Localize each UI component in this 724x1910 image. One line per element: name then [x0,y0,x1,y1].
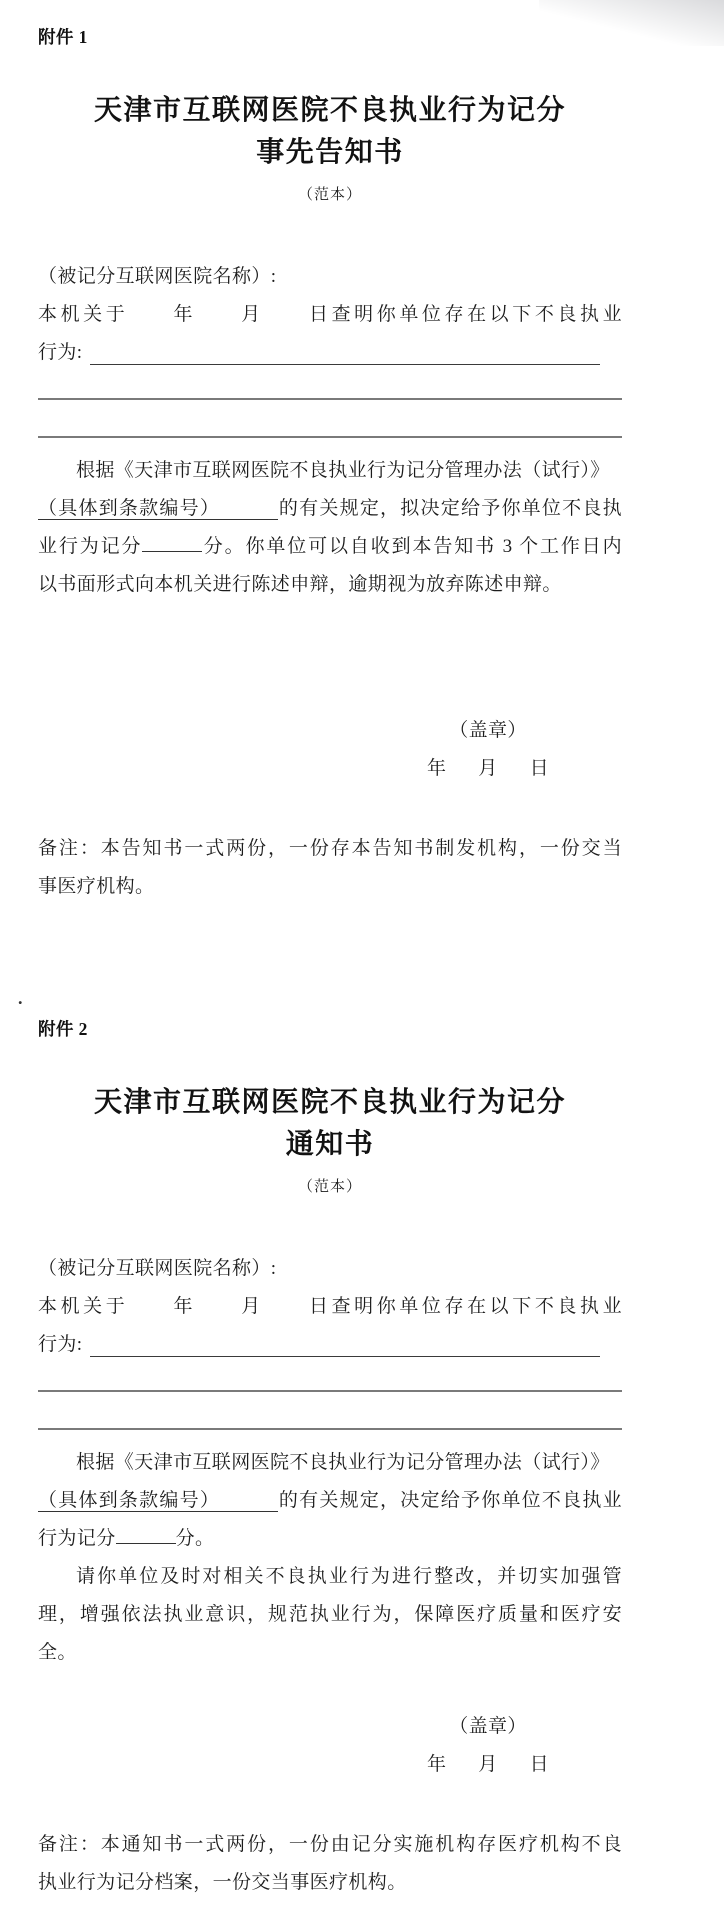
score-blank-field [116,1525,176,1544]
stray-dot-mark: . [18,988,23,1009]
clause-label: （具体到条款编号） [38,1490,220,1511]
date-year-label: 年 [427,1746,446,1784]
rectify-line-1: 请你单位及时对相关不良执业行为进行整改，并切实加强管 [38,1558,622,1596]
legal-paragraph: 根据《天津市互联网医院不良执业行为记分管理办法（试行）》 （具体到条款编号）的有… [38,452,622,604]
score-line: 业行为记分分。你单位可以自收到本告知书 3 个工作日内 [38,528,622,566]
clause-line: （具体到条款编号）的有关规定，决定给予你单位不良执业 [38,1482,622,1520]
attachment-1-title: 天津市互联网医院不良执业行为记分 事先告知书 [38,90,622,174]
title-line-2: 通知书 [38,1124,622,1166]
document-page: 附件 1 天津市互联网医院不良执业行为记分 事先告知书 （范本） （被记分互联网… [38,0,622,1902]
date-day-label: 日 [530,750,549,788]
stamp-block: （盖章） 年 月 日 [427,1708,549,1784]
clause-number-field: （具体到条款编号） [38,498,278,520]
behavior-label: 行为: [38,1326,90,1364]
date-year-label: 年 [427,750,446,788]
title-line-1: 天津市互联网医院不良执业行为记分 [38,1082,622,1124]
score-prefix: 行为记分 [38,1528,116,1549]
legal-paragraph: 根据《天津市互联网医院不良执业行为记分管理办法（试行）》 （具体到条款编号）的有… [38,1444,622,1672]
score-suffix: 分。 [176,1528,215,1549]
rectify-line-2: 理，增强依法执业意识，规范执业行为，保障医疗质量和医疗安 [38,1596,622,1634]
attachment-2-title: 天津市互联网医院不良执业行为记分 通知书 [38,1082,622,1166]
blank-write-line-1 [38,372,622,400]
date-month-label: 月 [478,750,497,788]
remark-line-1: 备注：本告知书一式两份，一份存本告知书制发机构，一份交当 [38,830,622,868]
date-month-label: 月 [478,1746,497,1784]
score-line: 行为记分分。 [38,1520,622,1558]
clause-label: （具体到条款编号） [38,498,220,519]
intro-date-line: 本机关于 年 月 日查明你单位存在以下不良执业 [38,1288,622,1326]
blank-write-line-1 [38,1364,622,1392]
behavior-blank-field [90,364,600,365]
date-line: 年 月 日 [427,1746,549,1784]
behavior-label: 行为: [38,334,90,372]
clause-number-field: （具体到条款编号） [38,1490,278,1512]
remark-line-1: 备注：本通知书一式两份，一份由记分实施机构存医疗机构不良 [38,1826,622,1864]
score-suffix: 分。你单位可以自收到本告知书 3 个工作日内 [202,536,622,557]
behavior-line: 行为: [38,1326,622,1364]
appeal-line: 以书面形式向本机关进行陈述申辩，逾期视为放弃陈述申辩。 [38,566,622,604]
legal-basis-line: 根据《天津市互联网医院不良执业行为记分管理办法（试行）》 [38,1444,622,1482]
stamp-seal-label: （盖章） [427,712,549,750]
date-day-label: 日 [530,1746,549,1784]
clause-line-rest: 的有关规定，决定给予你单位不良执业 [278,1490,622,1511]
recipient-name-line: （被记分互联网医院名称）: [38,258,622,296]
date-line: 年 月 日 [427,750,549,788]
blank-write-line-2 [38,400,622,438]
remark-line-2: 执业行为记分档案，一份交当事医疗机构。 [38,1864,622,1902]
stamp-block: （盖章） 年 月 日 [427,712,549,788]
stamp-seal-label: （盖章） [427,1708,549,1746]
remark-note: 备注：本通知书一式两份，一份由记分实施机构存医疗机构不良 执业行为记分档案，一份… [38,1826,622,1902]
intro-date-line: 本机关于 年 月 日查明你单位存在以下不良执业 [38,296,622,334]
behavior-blank-field [90,1356,600,1357]
clause-blank [220,513,278,514]
clause-line-rest: 的有关规定，拟决定给予你单位不良执 [278,498,622,519]
blank-write-line-2 [38,1392,622,1430]
remark-line-2: 事医疗机构。 [38,868,622,906]
attachment-1-label: 附件 1 [38,24,622,50]
attachment-2-label: 附件 2 [38,1016,622,1042]
clause-line: （具体到条款编号）的有关规定，拟决定给予你单位不良执 [38,490,622,528]
score-prefix: 业行为记分 [38,536,142,557]
template-marker: （范本） [38,184,622,206]
title-line-1: 天津市互联网医院不良执业行为记分 [38,90,622,132]
recipient-name-line: （被记分互联网医院名称）: [38,1250,622,1288]
attachment-2-document: 附件 2 天津市互联网医院不良执业行为记分 通知书 （范本） （被记分互联网医院… [38,1016,622,1902]
remark-note: 备注：本告知书一式两份，一份存本告知书制发机构，一份交当 事医疗机构。 [38,830,622,906]
attachment-1-document: 附件 1 天津市互联网医院不良执业行为记分 事先告知书 （范本） （被记分互联网… [38,24,622,906]
legal-basis-line: 根据《天津市互联网医院不良执业行为记分管理办法（试行）》 [38,452,622,490]
title-line-2: 事先告知书 [38,132,622,174]
score-blank-field [142,533,202,552]
template-marker: （范本） [38,1176,622,1198]
rectify-line-3: 全。 [38,1634,622,1672]
clause-blank [220,1505,278,1506]
behavior-line: 行为: [38,334,622,372]
